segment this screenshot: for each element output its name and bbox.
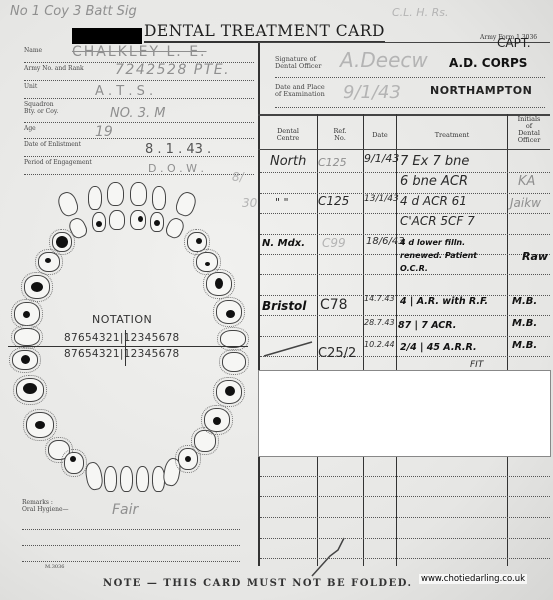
folding-note: NOTE — THIS CARD MUST NOT BE FOLDED. <box>103 578 413 589</box>
oral-hygiene-value: Fair <box>112 502 138 518</box>
cell-treatment: 2/4 | 45 A.R.R. <box>400 342 477 353</box>
unit-value: A . T . S . <box>95 84 153 99</box>
col-divider <box>396 114 397 566</box>
top-annotation-right: C.L. H. Rs. <box>392 6 448 19</box>
cell-initials: KA <box>518 174 535 189</box>
tooth <box>194 430 216 452</box>
row-line <box>260 315 550 316</box>
dental-treatment-card: No 1 Coy 3 Batt Sig C.L. H. Rs. DENTAL T… <box>0 0 553 600</box>
army-no-label: Army No. and Rank <box>24 66 84 73</box>
unit-label: Unit <box>24 84 37 91</box>
tooth <box>107 182 124 206</box>
cell-treatment: 7 Ex 7 bne <box>400 154 469 169</box>
midline-vertical <box>125 330 126 366</box>
age-label: Age <box>24 126 36 133</box>
squadron-value: NO. 3. M <box>110 106 165 121</box>
top-annotation-left: No 1 Coy 3 Batt Sig <box>10 4 137 19</box>
notation-lower: 87654321|12345678 <box>64 348 180 360</box>
name-label: Name <box>24 48 42 55</box>
margin-note: 30 <box>242 196 257 210</box>
exam-place: NORTHAMPTON <box>430 84 532 97</box>
cell-date: 14.7.43 <box>364 294 395 303</box>
cell-date: 13/1/43 <box>364 194 399 204</box>
divider <box>22 545 240 546</box>
officer-rank: CAPT. <box>497 36 531 50</box>
tooth <box>152 186 166 210</box>
divider <box>24 174 254 175</box>
tooth <box>24 275 50 299</box>
redaction-bar <box>72 28 142 44</box>
cell-treatment: 6 bne ACR <box>400 174 468 189</box>
form-code: M.3036 <box>45 564 64 571</box>
divider <box>24 156 254 157</box>
tooth <box>206 272 232 296</box>
exam-date: 9/1/43 <box>343 82 401 103</box>
tooth <box>216 300 242 324</box>
cell-date: 18/6/43 <box>366 236 405 247</box>
tooth <box>26 412 54 438</box>
cell-treatment: 4 d ACR 61 <box>400 194 467 208</box>
tooth <box>14 302 40 326</box>
col-header-initials: Initials of Dental Officer <box>508 116 550 144</box>
cell-centre: Bristol <box>262 299 306 313</box>
tooth <box>14 328 40 346</box>
col-divider <box>317 114 318 566</box>
tooth <box>150 212 164 232</box>
cancel-stroke <box>262 338 314 358</box>
cell-treatment: C'ACR 5CF 7 <box>400 214 475 228</box>
divider <box>275 77 545 78</box>
tooth <box>204 408 230 432</box>
engagement-label: Period of Engagement <box>24 160 92 167</box>
notation-title: NOTATION <box>92 313 152 326</box>
cell-treatment: 4 d lower filln. renewed. Patient O.C.R. <box>400 236 505 275</box>
officer-corps: A.D. CORPS <box>449 56 527 70</box>
tooth <box>164 216 187 241</box>
cell-treatment: 87 | 7 ACR. <box>398 320 456 331</box>
row-line <box>260 234 550 235</box>
tooth <box>196 252 218 272</box>
tooth <box>92 212 106 232</box>
age-value: 19 <box>95 124 113 140</box>
tooth <box>88 186 102 210</box>
tooth <box>64 452 84 474</box>
tooth <box>130 210 146 230</box>
army-no-value: 7242528 PTE. <box>115 62 230 78</box>
row-line <box>260 336 550 337</box>
pen-stroke <box>308 520 358 580</box>
tooth <box>84 461 105 491</box>
cell-centre: North <box>270 154 306 169</box>
engagement-value: D . O . W . <box>148 162 204 175</box>
tooth <box>109 210 125 230</box>
divider <box>24 138 254 139</box>
divider <box>22 561 240 562</box>
tooth <box>222 352 246 372</box>
cell-date: 28.7.43 <box>364 318 395 327</box>
divider <box>24 80 254 81</box>
tooth <box>12 350 38 370</box>
tooth <box>187 232 207 252</box>
cell-date: 10.2.44 <box>364 340 395 349</box>
col-header-date: Date <box>364 132 396 139</box>
cell-ref: C125 <box>318 156 347 169</box>
cell-initials: Jaikw <box>510 196 541 210</box>
name-value: CHALKLEY L. E. <box>72 44 207 60</box>
blank-overlay <box>258 370 551 457</box>
signature-label: Signature of Dental Officer <box>275 56 322 70</box>
cell-initials: M.B. <box>512 296 537 307</box>
header-bottom <box>258 149 550 150</box>
cell-ref: C25/2 <box>318 346 356 361</box>
cell-treatment: 4 | A.R. with R.F. <box>400 296 488 307</box>
officer-signature: A.Deecw <box>340 48 428 72</box>
divider <box>24 122 254 123</box>
cell-date: 9/1/43 <box>364 152 399 165</box>
enlistment-value: 8 . 1 . 43 . <box>145 142 211 157</box>
tooth <box>130 182 147 206</box>
cell-initials: M.B. <box>512 318 537 329</box>
squadron-label: Squadron Bty. or Coy. <box>24 102 58 115</box>
col-header-treatment: Treatment <box>397 132 507 139</box>
midline-horizontal <box>8 346 248 347</box>
row-line <box>260 496 550 497</box>
margin-note: 8/ <box>232 170 244 184</box>
remarks-label: Remarks : Oral Hygiene— <box>22 500 69 513</box>
tooth <box>55 190 80 219</box>
exam-label: Date and Place of Examination <box>275 84 325 98</box>
cell-centre: N. Mdx. <box>262 238 305 249</box>
tooth <box>216 380 242 404</box>
row-line <box>260 172 550 173</box>
tooth <box>173 190 198 219</box>
row-line <box>260 538 550 539</box>
panel-divider <box>258 42 260 566</box>
col-header-ref: Ref. No. <box>318 128 362 142</box>
row-line <box>260 558 550 559</box>
cell-treatment: FIT <box>470 360 483 370</box>
watermark-link[interactable]: www.chotiedarling.co.uk <box>419 574 527 584</box>
tooth <box>120 466 133 492</box>
divider <box>22 529 240 530</box>
page-title: DENTAL TREATMENT CARD <box>144 22 385 43</box>
notation-upper: 87654321|12345678 <box>64 332 180 344</box>
cell-initials: M.B. <box>512 340 537 351</box>
cell-initials: Raw <box>522 250 548 263</box>
tooth <box>178 448 198 470</box>
row-line <box>260 517 550 518</box>
divider <box>275 107 545 108</box>
col-divider <box>507 114 508 566</box>
cell-ref: C99 <box>322 236 346 250</box>
cell-centre: " " <box>275 196 289 209</box>
tooth <box>16 378 44 402</box>
enlistment-label: Date of Enlistment <box>24 142 81 149</box>
tooth <box>104 466 117 492</box>
tooth <box>38 252 60 272</box>
tooth <box>52 232 72 252</box>
col-header-centre: Dental Centre <box>260 128 316 142</box>
row-line <box>260 476 550 477</box>
tooth <box>136 466 149 492</box>
cell-ref: C125 <box>318 194 349 208</box>
cell-ref: C78 <box>320 297 348 313</box>
